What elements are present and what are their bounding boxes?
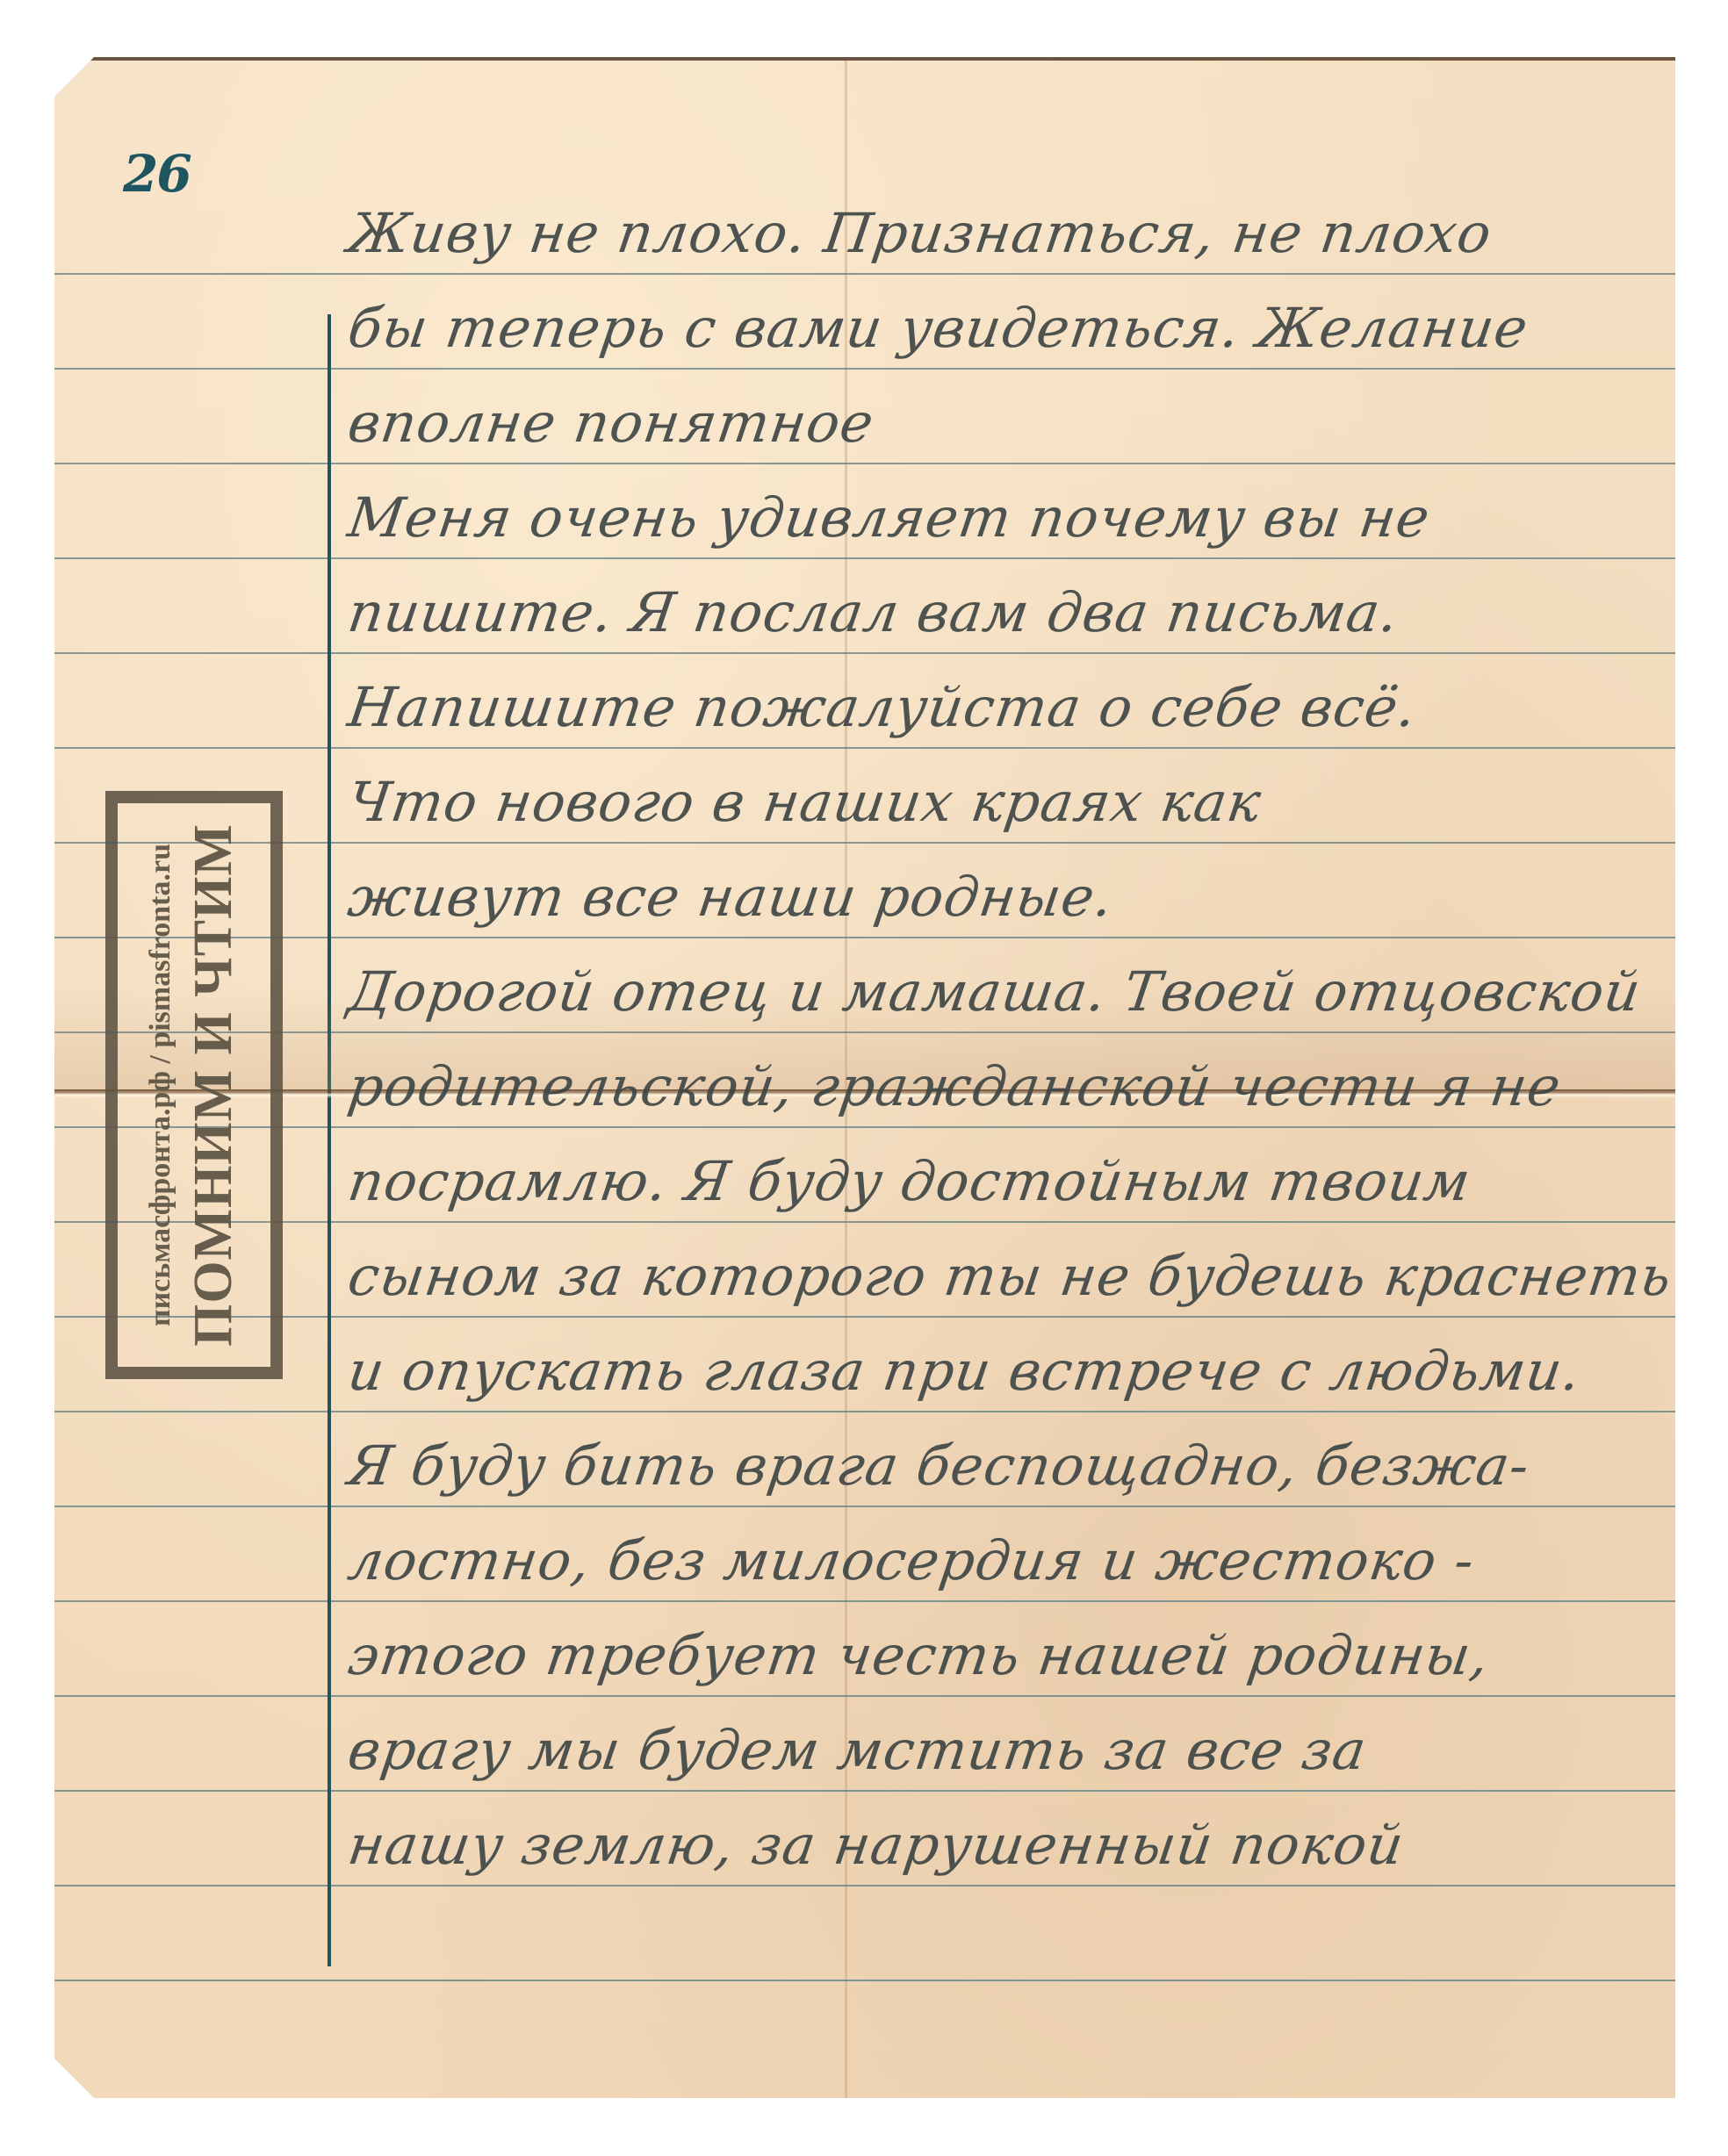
letter-line: нашу землю, за нарушенный покой (344, 1813, 1408, 1877)
ruled-line (54, 1316, 1675, 1318)
page-number: 26 (123, 144, 191, 204)
ruled-line (54, 273, 1675, 275)
ruled-line (54, 1126, 1675, 1128)
letter-line: сыном за которого ты не будешь краснеть (344, 1244, 1676, 1308)
letter-line: Я буду бить врага беспощадно, безжа- (344, 1434, 1534, 1498)
ruled-line (54, 1600, 1675, 1602)
stamp-title: ПОМНИМ И ЧТИМ (183, 823, 245, 1347)
letter-line: пишите. Я послал вам два письма. (344, 580, 1403, 644)
ruled-line (54, 652, 1675, 654)
ruled-line (54, 1885, 1675, 1886)
ruled-line (54, 1790, 1675, 1792)
ruled-line (54, 557, 1675, 559)
letter-line: лостно, без милосердия и жестоко - (344, 1528, 1479, 1592)
letter-line: вполне понятное (344, 391, 878, 455)
ruled-line (54, 1695, 1675, 1697)
letter-line: посрамлю. Я буду достойным твоим (344, 1149, 1475, 1213)
margin-line (328, 314, 331, 1966)
ruled-line (54, 368, 1675, 370)
letter-line: Напишите пожалуйста о себе всё. (344, 675, 1421, 739)
letter-line: и опускать глаза при встрече с людьми. (344, 1339, 1585, 1403)
letter-line: живут все наши родные. (344, 865, 1118, 929)
letter-line: врагу мы будем мстить за все за (344, 1718, 1371, 1782)
ruled-line (54, 937, 1675, 938)
letter-line: Дорогой отец и мамаша. Твоей отцовской (344, 959, 1645, 1024)
stamp-url: письмасфронта.рф / pismasfronta.ru (144, 844, 177, 1326)
letter-line: родительской, гражданской чести я не (344, 1054, 1566, 1118)
archive-watermark-stamp: письмасфронта.рф / pismasfronta.ru ПОМНИ… (105, 791, 283, 1379)
ruled-line (54, 1221, 1675, 1223)
ruled-line (54, 747, 1675, 749)
letter-line: этого требует честь нашей родины, (344, 1623, 1494, 1687)
ruled-line (54, 1980, 1675, 1981)
ruled-line (54, 1411, 1675, 1412)
letter-line: Что нового в наших краях как (344, 770, 1265, 834)
letter-line: бы теперь с вами увидеться. Желание (344, 296, 1532, 360)
letter-paper: 26 Живу не плохо. Признаться, не плохо б… (54, 57, 1675, 2098)
ruled-line (54, 842, 1675, 844)
ruled-line (54, 463, 1675, 464)
letter-line: Живу не плохо. Признаться, не плохо (344, 201, 1496, 265)
letter-line: Меня очень удивляет почему вы не (344, 485, 1434, 550)
ruled-line (54, 1506, 1675, 1507)
